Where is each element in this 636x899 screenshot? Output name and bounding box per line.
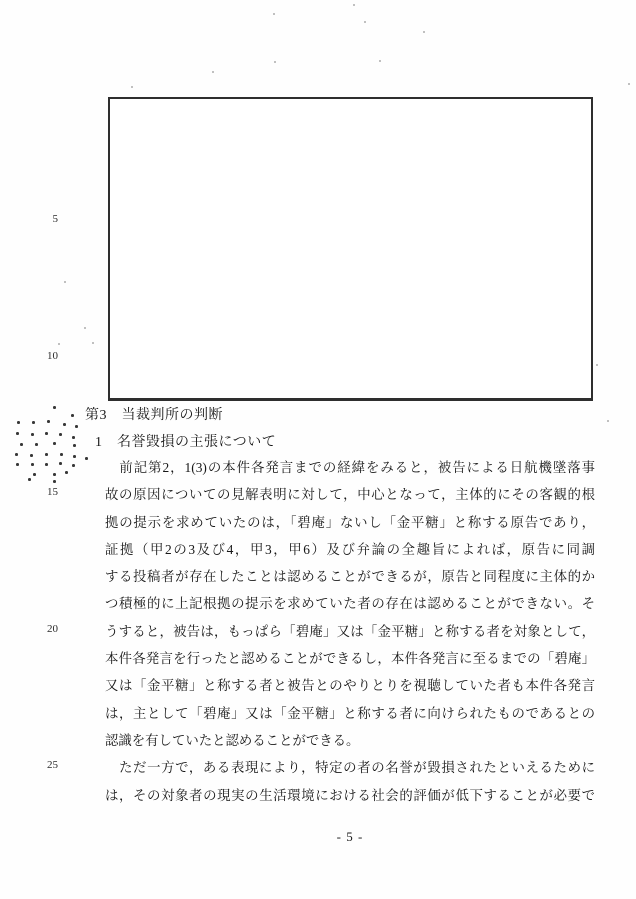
sub-heading: 1 名誉毀損の主張について xyxy=(95,429,276,456)
noise-dot xyxy=(274,61,276,63)
body-line: は，その対象者の現実の生活環境における社会的評価が低下することが必要で xyxy=(105,782,595,809)
page-number: - 5 - xyxy=(105,827,595,847)
noise-dot xyxy=(72,436,75,439)
noise-dot xyxy=(92,342,94,344)
body-text: 前記第2，1(3)の本件各発言までの経緯をみると，被告による日航機墜落事故の原因… xyxy=(105,454,595,809)
noise-dot xyxy=(59,462,62,465)
noise-dot xyxy=(379,60,381,62)
noise-dot xyxy=(64,281,66,283)
line-number: 5 xyxy=(30,212,58,349)
body-line: する投稿者が存在したことは認めることができるが，原告と同程度に主体的か xyxy=(105,563,595,590)
line-number: 10 xyxy=(30,349,58,486)
noise-dot xyxy=(72,464,75,467)
noise-dot xyxy=(364,21,366,23)
noise-dot xyxy=(59,433,62,436)
noise-dot xyxy=(73,455,76,458)
body-line: 本件各発言を行ったと認めることができるし，本件各発言に至るまでの「碧庵」 xyxy=(105,645,595,672)
body-line: ただ一方で，ある表現により，特定の者の名誉が毀損されたといえるために xyxy=(105,754,595,781)
noise-dot xyxy=(20,443,23,446)
body-line: は，主として「碧庵」又は「金平糖」と称する者に向けられたものであるとの xyxy=(105,700,595,727)
noise-dot xyxy=(212,71,214,73)
body-line: 前記第2，1(3)の本件各発言までの経緯をみると，被告による日航機墜落事 xyxy=(105,454,595,481)
noise-dot xyxy=(16,463,19,466)
line-number: 15 xyxy=(30,485,58,622)
body-line: 拠の提示を求めていたのは，「碧庵」ないし「金平糖」と称する原告であり， xyxy=(105,509,595,536)
document-page: 510152025 第3 当裁判所の判断 1 名誉毀損の主張について 前記第2，… xyxy=(0,0,636,899)
noise-dot xyxy=(75,425,78,428)
line-number: 20 xyxy=(30,622,58,759)
noise-dot xyxy=(607,420,609,422)
body-line: 証拠（甲2の3及び4，甲3，甲6）及び弁論の全趣旨によれば，原告に同調 xyxy=(105,536,595,563)
noise-dot xyxy=(84,327,86,329)
body-line: 認識を有していたと認めることができる。 xyxy=(105,727,595,754)
noise-dot xyxy=(17,421,20,424)
body-line: 又は「金平糖」と称する者と被告とのやりとりを視聴していた者も本件各発言 xyxy=(105,672,595,699)
body-line: 故の原因についての見解表明に対して，中心となって，主体的にその客観的根 xyxy=(105,481,595,508)
line-number: 25 xyxy=(30,758,58,895)
noise-dot xyxy=(131,86,133,88)
noise-dot xyxy=(71,414,74,417)
body-line: つ積極的に上記根拠の提示を求めていた者の存在は認めることができない。そ xyxy=(105,590,595,617)
noise-dot xyxy=(65,471,68,474)
noise-dot xyxy=(273,13,275,15)
noise-dot xyxy=(85,457,88,460)
noise-dot xyxy=(58,343,60,345)
body-line: うすると，被告は，もっぱら「碧庵」又は「金平糖」と称する者を対象として， xyxy=(105,618,595,645)
noise-dot xyxy=(15,453,18,456)
noise-dot xyxy=(628,83,630,85)
noise-dot xyxy=(73,444,76,447)
noise-dot xyxy=(60,453,63,456)
noise-dot xyxy=(353,4,355,6)
noise-dot xyxy=(16,432,19,435)
noise-dot xyxy=(423,31,425,33)
section-heading: 第3 当裁判所の判断 xyxy=(85,402,223,429)
noise-dot xyxy=(63,423,66,426)
figure-box xyxy=(108,97,593,401)
noise-dot xyxy=(596,364,598,366)
line-number-margin: 510152025 xyxy=(30,212,58,895)
